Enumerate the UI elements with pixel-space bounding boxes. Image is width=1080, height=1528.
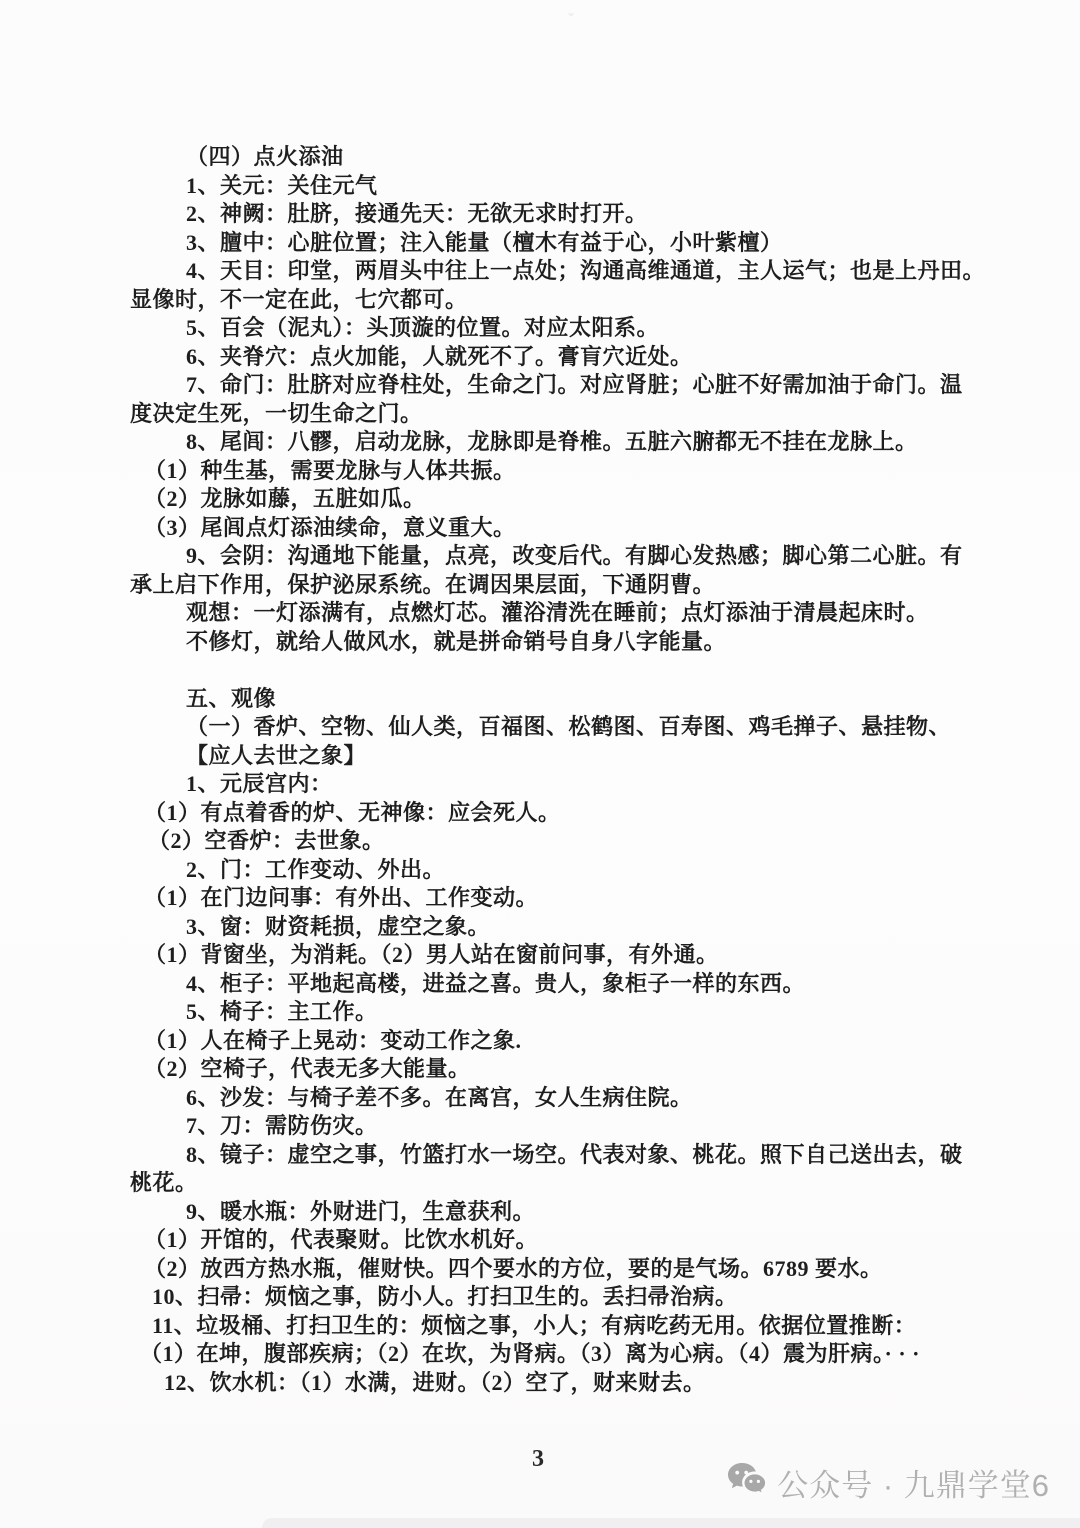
text-line: 5、百会（泥丸）：头顶漩的位置。对应太阳系。	[130, 314, 990, 343]
text-line: （1）人在椅子上晃动：变动工作之象.	[130, 1027, 990, 1056]
text-line: （2）放西方热水瓶，催财快。四个要水的方位，要的是气场。6789 要水。	[130, 1255, 990, 1284]
text-line: 9、暖水瓶：外财进门，生意获利。	[130, 1198, 990, 1227]
text-line: 7、命门：肚脐对应脊柱处，生命之门。对应肾脏；心脏不好需加油于命门。温	[130, 371, 990, 400]
text-line: 6、沙发：与椅子差不多。在离宫，女人生病住院。	[130, 1084, 990, 1113]
text-line: （2）空香炉：去世象。	[130, 827, 990, 856]
text-line: 度决定生死，一切生命之门。	[130, 400, 990, 429]
text-line: （1）有点着香的炉、无神像：应会死人。	[130, 799, 990, 828]
text-line: （1）开馆的，代表聚财。比饮水机好。	[130, 1226, 990, 1255]
text-line: 4、柜子：平地起高楼，进益之喜。贵人，象柜子一样的东西。	[130, 970, 990, 999]
text-line: 7、刀：需防伤灾。	[130, 1112, 990, 1141]
text-line: 1、元辰宫内：	[130, 770, 990, 799]
document-page: ⌄ （四）点火添油1、关元：关住元气2、神阙：肚脐，接通先天：无欲无求时打开。3…	[0, 0, 1080, 1528]
text-line: 【应人去世之象】	[130, 742, 990, 771]
watermark-text: 公众号 · 九鼎学堂6	[777, 1460, 1050, 1505]
text-line: （2）龙脉如藤，五脏如瓜。	[130, 485, 990, 514]
watermark: 公众号 · 九鼎学堂6	[725, 1460, 1050, 1504]
text-line: 1、关元：关住元气	[130, 172, 990, 201]
text-line: （1）种生基，需要龙脉与人体共振。	[130, 457, 990, 486]
text-line: （1）在坤，腹部疾病；（2）在坎，为肾病。（3）离为心病。（4）震为肝病。· ·…	[130, 1340, 990, 1369]
bottom-strip	[262, 1518, 1080, 1528]
wechat-icon	[725, 1460, 769, 1504]
text-line: 显像时，不一定在此，七穴都可。	[130, 286, 990, 315]
text-line: 12、饮水机：（1）水满，进财。（2）空了，财来财去。	[130, 1369, 990, 1398]
document-body: （四）点火添油1、关元：关住元气2、神阙：肚脐，接通先天：无欲无求时打开。3、膻…	[130, 143, 990, 1397]
text-line: 10、扫帚：烦恼之事，防小人。打扫卫生的。丢扫帚治病。	[130, 1283, 990, 1312]
text-line: 承上启下作用，保护泌尿系统。在调因果层面，下通阴曹。	[130, 571, 990, 600]
text-line: 3、窗：财资耗损，虚空之象。	[130, 913, 990, 942]
text-line: 不修灯，就给人做风水，就是拼命销号自身八字能量。	[130, 628, 990, 657]
scan-artifact: ⌄	[563, 8, 579, 26]
text-line: 2、门：工作变动、外出。	[130, 856, 990, 885]
text-line: 6、夹脊穴：点火加能，人就死不了。膏肓穴近处。	[130, 343, 990, 372]
text-line: 8、尾闾：八髎，启动龙脉，龙脉即是脊椎。五脏六腑都无不挂在龙脉上。	[130, 428, 990, 457]
text-line: 五、观像	[130, 685, 990, 714]
text-line: 2、神阙：肚脐，接通先天：无欲无求时打开。	[130, 200, 990, 229]
blank-line	[130, 656, 990, 685]
text-line: （1）在门边问事：有外出、工作变动。	[130, 884, 990, 913]
text-line: 3、膻中：心脏位置；注入能量（檀木有益于心，小叶紫檀）	[130, 229, 990, 258]
text-line: 观想：一灯添满有，点燃灯芯。灌浴清洗在睡前；点灯添油于清晨起床时。	[130, 599, 990, 628]
text-line: 8、镜子：虚空之事，竹篮打水一场空。代表对象、桃花。照下自己送出去，破	[130, 1141, 990, 1170]
text-line: 桃花。	[130, 1169, 990, 1198]
text-line: （四）点火添油	[130, 143, 990, 172]
text-line: 9、会阴：沟通地下能量，点亮，改变后代。有脚心发热感；脚心第二心脏。有	[130, 542, 990, 571]
text-line: 4、天目：印堂，两眉头中往上一点处；沟通高维通道，主人运气；也是上丹田。	[130, 257, 990, 286]
text-line: 5、椅子：主工作。	[130, 998, 990, 1027]
text-line: （1）背窗坐，为消耗。（2）男人站在窗前问事，有外通。	[130, 941, 990, 970]
text-line: （2）空椅子，代表无多大能量。	[130, 1055, 990, 1084]
text-line: （一）香炉、空物、仙人类，百福图、松鹤图、百寿图、鸡毛掸子、悬挂物、	[130, 713, 990, 742]
text-line: 11、垃圾桶、打扫卫生的：烦恼之事，小人；有病吃药无用。依据位置推断：	[130, 1312, 990, 1341]
text-line: （3）尾闾点灯添油续命，意义重大。	[130, 514, 990, 543]
